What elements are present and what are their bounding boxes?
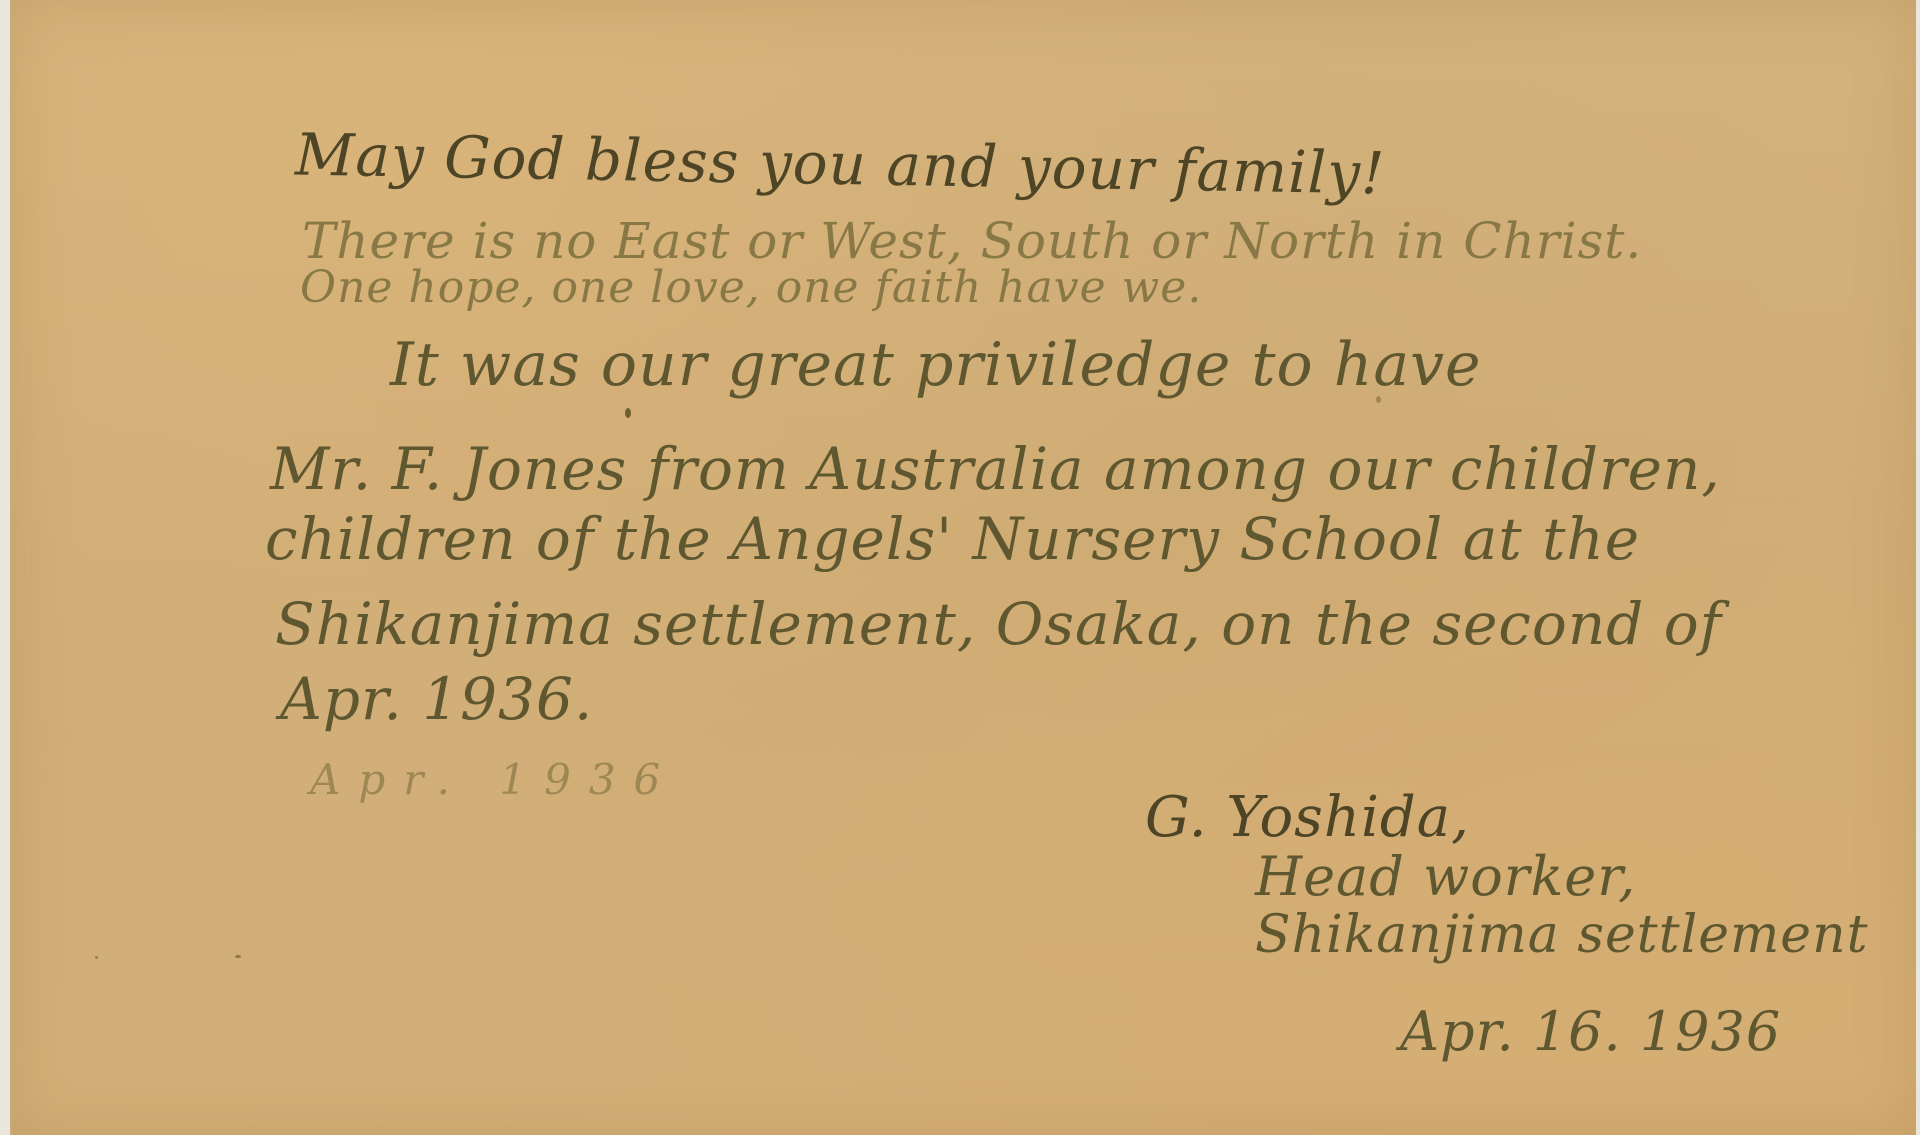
body-line-2: Mr. F. Jones from Australia among our ch… (270, 435, 1721, 503)
signature-organization: Shikanjima settlement (1255, 905, 1868, 965)
ink-spot (625, 408, 631, 418)
body-line-4: Shikanjima settlement, Osaka, on the sec… (275, 590, 1722, 658)
ink-spot (1376, 396, 1381, 403)
signature-date: Apr. 16. 1936 (1400, 1000, 1781, 1063)
body-line-5: Apr. 1936. (280, 665, 593, 733)
signature-name: G. Yoshida, (1145, 785, 1470, 850)
ink-spot (235, 955, 241, 958)
signature-title: Head worker, (1255, 845, 1636, 908)
ink-spot (95, 956, 98, 959)
body-line-1: It was our great priviledge to have (390, 330, 1482, 400)
ink-offset-trace: Apr. 1936 (310, 755, 678, 804)
letter-paper: May God bless you and your family! There… (10, 0, 1916, 1135)
greeting-line-3: One hope, one love, one faith have we. (300, 262, 1202, 313)
body-line-3: children of the Angels' Nursery School a… (265, 505, 1640, 573)
greeting-line-1: May God bless you and your family! (294, 120, 1385, 207)
